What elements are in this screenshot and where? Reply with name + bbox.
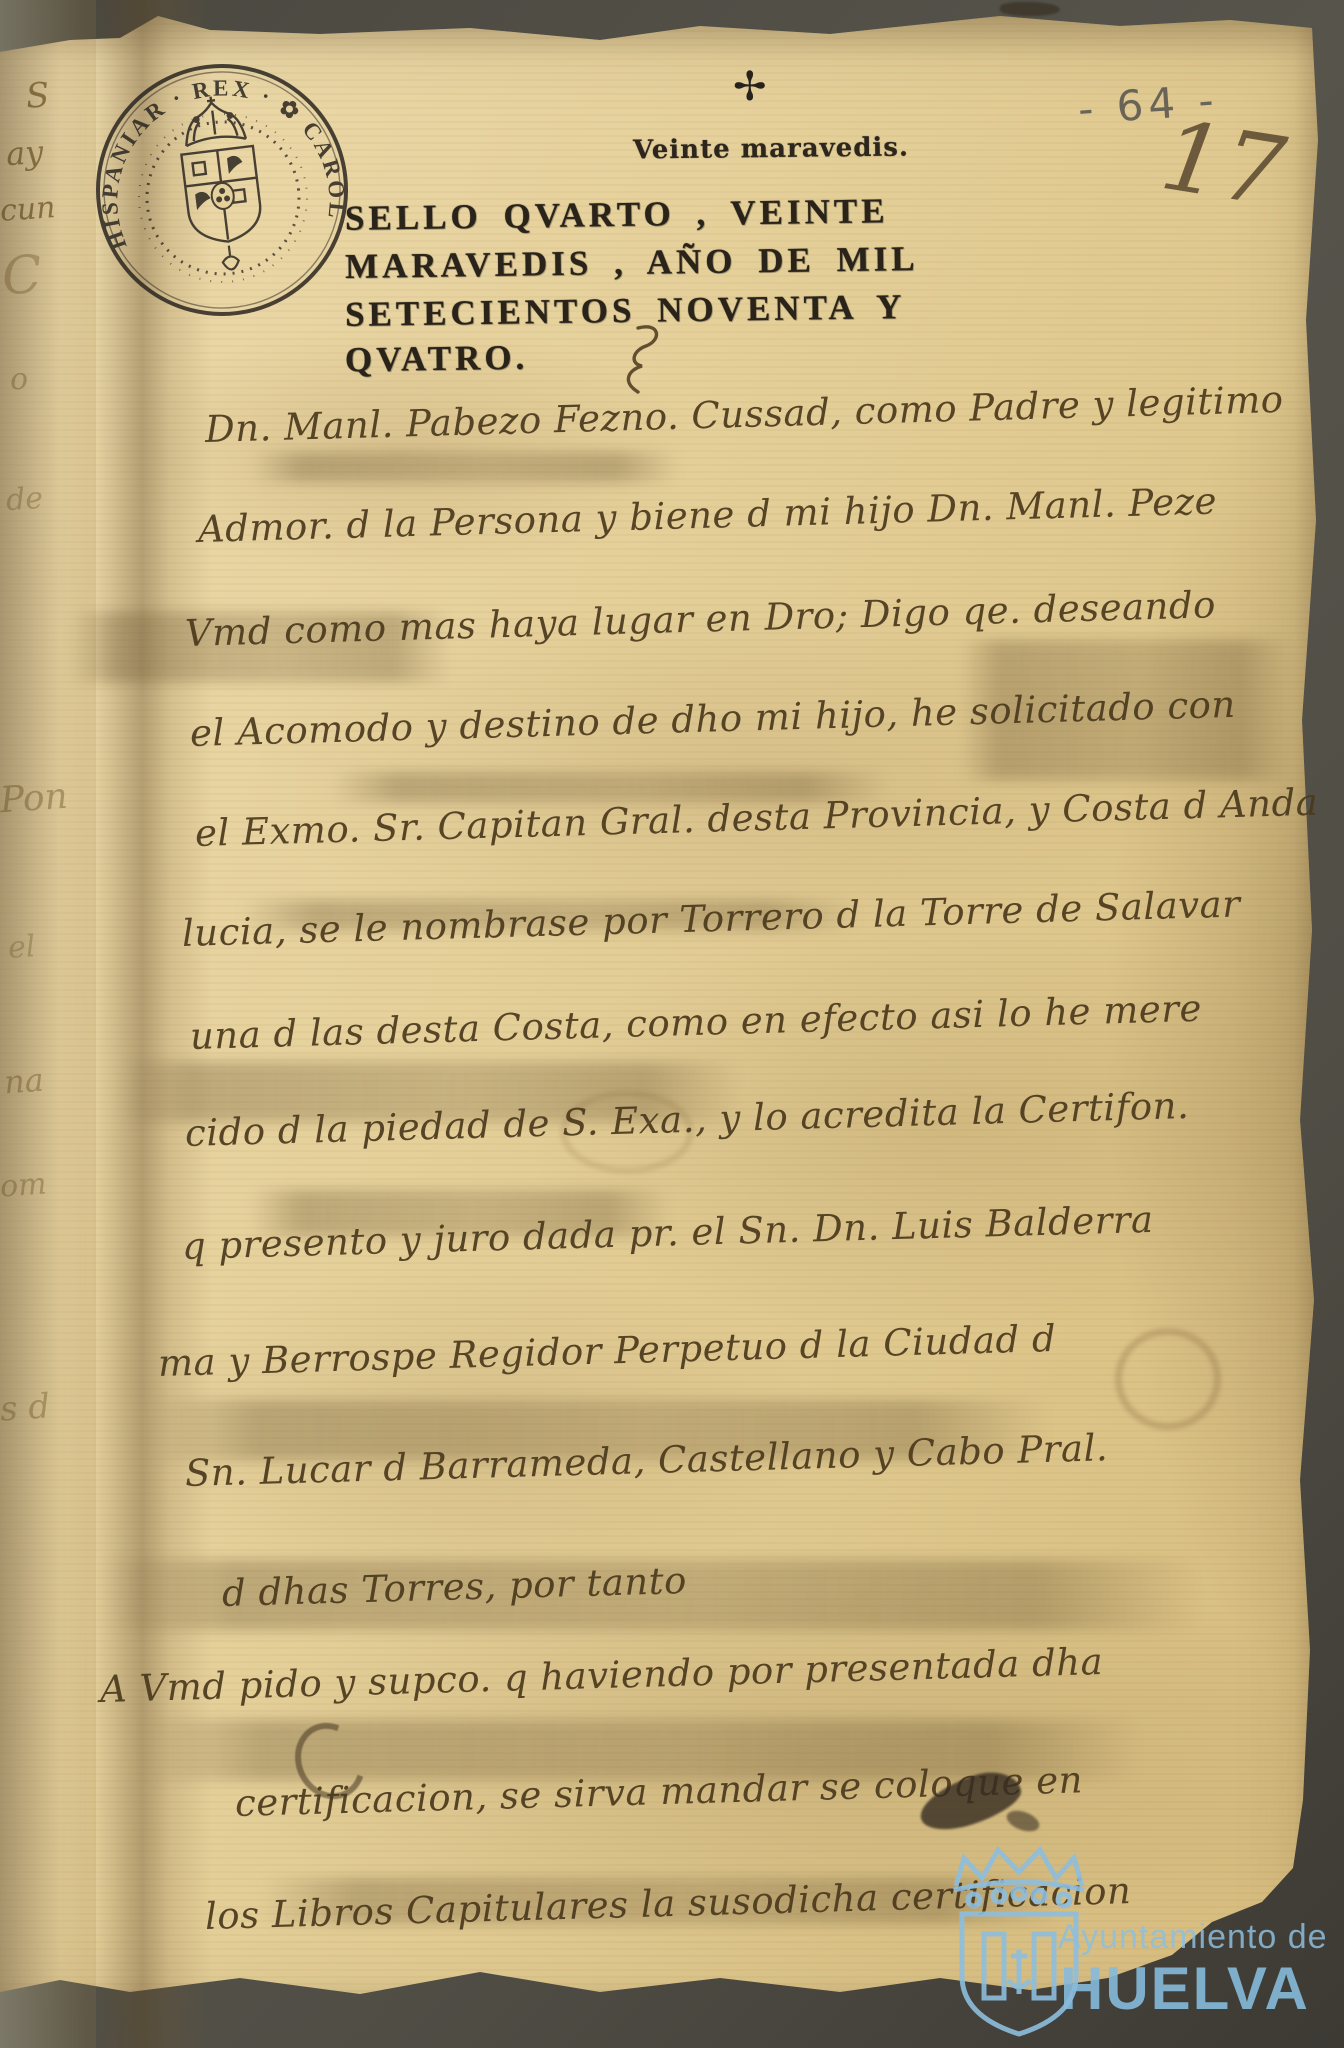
printed-sello-line1: SELLO QVARTO , VEINTE bbox=[345, 186, 889, 243]
margin-fragment: de bbox=[5, 481, 44, 518]
margin-fragment: C bbox=[0, 245, 44, 308]
margin-fragment: el bbox=[7, 929, 37, 966]
ring-stain bbox=[1115, 1328, 1221, 1430]
margin-fragment: s d bbox=[0, 1386, 51, 1429]
margin-fragment: Pon bbox=[0, 776, 69, 822]
seal-coat-of-arms bbox=[181, 146, 264, 246]
margin-fragment: S bbox=[25, 75, 51, 117]
margin-fragment: cun bbox=[0, 190, 57, 229]
printed-small-header: Veinte maravedis. bbox=[633, 133, 909, 166]
ink-bleedthrough bbox=[250, 452, 680, 482]
royal-seal-carolus-iv: HISPANIAR · REX · ✿ CAROLUS · IV · D · G… bbox=[66, 34, 378, 346]
printed-sello-line4: QVATRO. bbox=[345, 333, 529, 385]
margin-fragment: na bbox=[3, 1061, 45, 1102]
margin-fragment: o bbox=[9, 361, 29, 397]
seal-fleece-pendant-icon bbox=[221, 245, 240, 271]
margin-fragment: ay bbox=[5, 133, 45, 173]
scanned-document-photo: S ay cun C o Pon de na om el s d HISPANI… bbox=[0, 0, 1344, 2048]
ink-blot bbox=[1000, 2, 1060, 16]
previous-page-edge bbox=[0, 0, 96, 2048]
folio-number-ink: 17 bbox=[1154, 99, 1292, 229]
watermark-text-line1: Ayuntamiento de bbox=[1058, 1918, 1328, 1957]
fleuron-cross-icon: ✢ bbox=[733, 64, 767, 110]
notary-rubric-mark bbox=[608, 320, 678, 400]
margin-fragment: om bbox=[0, 1166, 48, 1204]
watermark-text-line2: HUELVA bbox=[1060, 1954, 1310, 2023]
